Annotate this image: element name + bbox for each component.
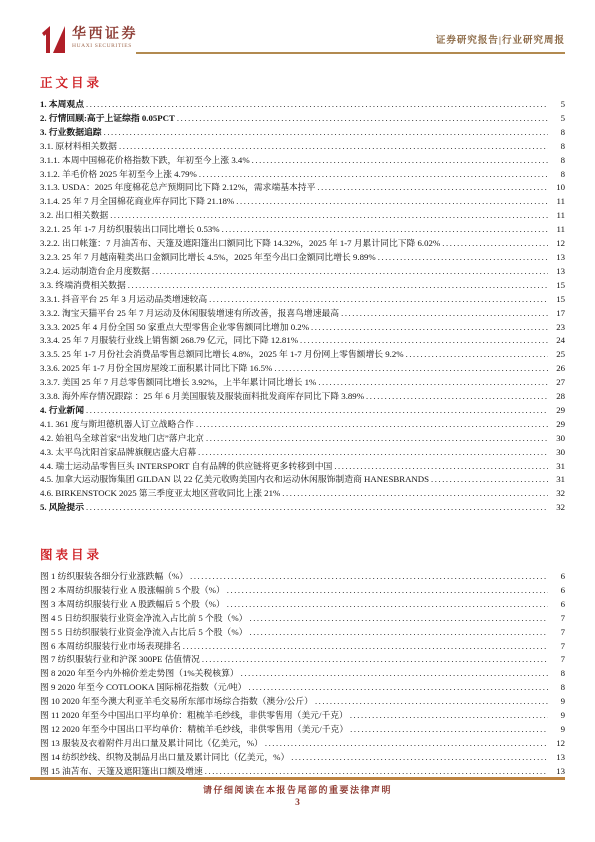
toc-entry-label: 3.1.3. USDA：2025 年度棉花总产预期同比下降 2.12%，需求端基…	[40, 181, 315, 195]
figure-entry-page: 7	[550, 626, 565, 640]
dotted-leader	[378, 251, 548, 265]
figure-entry[interactable]: 图 7 纺织服装行业和沪深 300PE 估值情况7	[40, 653, 565, 667]
dotted-leader	[300, 334, 548, 348]
report-page: 华西证券 HUAXI SECURITIES 证券研究报告|行业研究周报 正文目录…	[0, 0, 595, 842]
toc-entry-page: 32	[550, 487, 565, 501]
toc-entry[interactable]: 3.3.3. 2025 年 4 月份全国 50 家重点大型零售企业零售额同比增加…	[40, 321, 565, 335]
figure-entry-page: 6	[550, 584, 565, 598]
toc-entry[interactable]: 2. 行情回顾:高于上证综指 0.05PCT5	[40, 112, 565, 126]
toc-entry-page: 11	[550, 195, 565, 209]
toc-entry[interactable]: 3.3.4. 25 年 7 月服装行业线上销售额 268.79 亿元，同比下降 …	[40, 334, 565, 348]
toc-entry-page: 30	[550, 446, 565, 460]
dotted-leader	[442, 237, 548, 251]
figure-entry[interactable]: 图 5 5 日纺织服装行业资金净流入占比后 5 个股（%）7	[40, 626, 565, 640]
figure-entry-label: 图 6 本周纺织服装行业市场表现排名	[40, 640, 181, 654]
figure-entry-label: 图 4 5 日纺织服装行业资金净流入占比前 5 个股（%）	[40, 612, 247, 626]
toc-entry[interactable]: 4.1. 361 度与斯坦德机器人订立战略合作29	[40, 418, 565, 432]
figures-list: 图 1 纺织服装各细分行业涨跌幅（%）6图 2 本周纺织服装行业 A 股涨幅前 …	[40, 570, 565, 779]
figure-entry-label: 图 8 2020 年至今内外棉价差走势图（1%关税核算）	[40, 667, 239, 681]
toc-entry[interactable]: 4.2. 始祖鸟全球首家“出发地门店”落户北京30	[40, 432, 565, 446]
toc-entry-page: 5	[550, 98, 565, 112]
figure-entry[interactable]: 图 10 2020 年至今澳大利亚羊毛交易所东部市场综合指数（澳分/公斤）9	[40, 695, 565, 709]
dotted-leader	[128, 279, 548, 293]
figure-entry[interactable]: 图 9 2020 年至今 COTLOOKA 国际棉花指数（元/吨）8	[40, 681, 565, 695]
toc-entry-page: 5	[550, 112, 565, 126]
toc-entry[interactable]: 3.3.7. 美国 25 年 7 月总零售额同比增长 3.92%，上半年累计同比…	[40, 376, 565, 390]
dotted-leader	[86, 501, 548, 515]
toc-entry-page: 13	[550, 251, 565, 265]
figure-entry-page: 7	[550, 640, 565, 654]
figure-entry[interactable]: 图 4 5 日纺织服装行业资金净流入占比前 5 个股（%）7	[40, 612, 565, 626]
toc-entry[interactable]: 3.3.1. 抖音平台 25 年 3 月运动品类增速较高15	[40, 293, 565, 307]
dotted-leader	[227, 598, 548, 612]
figure-entry-page: 6	[550, 598, 565, 612]
figure-entry-page: 8	[550, 667, 565, 681]
figure-entry-page: 9	[550, 723, 565, 737]
report-type-label: 证券研究报告|行业研究周报	[136, 32, 565, 54]
dotted-leader	[110, 209, 548, 223]
figure-entry-label: 图 5 5 日纺织服装行业资金净流入占比后 5 个股（%）	[40, 626, 247, 640]
figure-entry-label: 图 13 服装及衣着附件月出口量及累计同比（亿美元，%）	[40, 737, 263, 751]
toc-entry[interactable]: 3.3. 终端消费相关数据15	[40, 279, 565, 293]
figure-entry-label: 图 1 纺织服装各细分行业涨跌幅（%）	[40, 570, 188, 584]
toc-entry-page: 31	[550, 473, 565, 487]
dotted-leader	[177, 112, 548, 126]
toc-entry-label: 3.2. 出口相关数据	[40, 209, 108, 223]
toc-entry-label: 3.2.1. 25 年 1-7 月纺织服装出口同比增长 0.53%	[40, 223, 220, 237]
dotted-leader	[202, 653, 548, 667]
toc-entry[interactable]: 3.2.2. 出口帐篷：7 月油苫布、天篷及遮阳篷出口额同比下降 14.32%，…	[40, 237, 565, 251]
figure-entry-label: 图 10 2020 年至今澳大利亚羊毛交易所东部市场综合指数（澳分/公斤）	[40, 695, 313, 709]
figure-entry-label: 图 14 纺织纱线、织物及制品月出口量及累计同比（亿美元，%）	[40, 751, 289, 765]
toc-entry-label: 3.3.4. 25 年 7 月服装行业线上销售额 268.79 亿元，同比下降 …	[40, 334, 298, 348]
toc-entry-label: 3.1.4. 25 年 7 月全国棉花商业库存同比下降 21.18%	[40, 195, 234, 209]
toc-entry-label: 1. 本周观点	[40, 98, 84, 112]
figure-entry[interactable]: 图 13 服装及衣着附件月出口量及累计同比（亿美元，%）12	[40, 737, 565, 751]
dotted-leader	[249, 626, 548, 640]
footer-disclaimer: 请仔细阅读在本报告尾部的重要法律声明	[0, 783, 595, 796]
figure-entry-page: 9	[550, 695, 565, 709]
figure-entry[interactable]: 图 14 纺织纱线、织物及制品月出口量及累计同比（亿美元，%）13	[40, 751, 565, 765]
dotted-leader	[248, 681, 548, 695]
toc-entry-page: 27	[550, 376, 565, 390]
dotted-leader	[86, 404, 548, 418]
dotted-leader	[198, 446, 548, 460]
dotted-leader	[104, 126, 548, 140]
dotted-leader	[236, 195, 548, 209]
figure-entry-page: 7	[550, 653, 565, 667]
toc-entry-label: 3.3. 终端消费相关数据	[40, 279, 126, 293]
toc-entry-label: 4. 行业新闻	[40, 404, 84, 418]
toc-entry-page: 25	[550, 348, 565, 362]
brand-name-en: HUAXI SECURITIES	[72, 43, 138, 50]
dotted-leader	[350, 723, 548, 737]
toc-entry-page: 28	[550, 390, 565, 404]
toc-entry-label: 4.3. 太平鸟沈阳首家品牌旗舰店盛大启幕	[40, 446, 196, 460]
toc-entry-label: 3.2.2. 出口帐篷：7 月油苫布、天篷及遮阳篷出口额同比下降 14.32%，…	[40, 237, 440, 251]
brand-text: 华西证券 HUAXI SECURITIES	[72, 24, 138, 50]
toc-entry-page: 12	[550, 237, 565, 251]
toc-entry-page: 30	[550, 432, 565, 446]
figure-entry[interactable]: 图 11 2020 年至今中国出口平均单价：粗梳羊毛纱线，非供零售用（美元/千克…	[40, 709, 565, 723]
toc-entry-label: 4.2. 始祖鸟全球首家“出发地门店”落户北京	[40, 432, 204, 446]
toc-entry[interactable]: 3.3.5. 25 年 1-7 月份社会消费品零售总额同比增长 4.8%，202…	[40, 348, 565, 362]
dotted-leader	[406, 348, 548, 362]
toc-entry[interactable]: 3.2.3. 25 年 7 月越南鞋类出口金额同比增长 4.5%，2025 年至…	[40, 251, 565, 265]
toc-entry[interactable]: 5. 风险提示32	[40, 501, 565, 515]
figure-entry-page: 7	[550, 612, 565, 626]
figure-entry-page: 9	[550, 709, 565, 723]
toc-entry-page: 8	[550, 140, 565, 154]
toc-entry-label: 3.2.3. 25 年 7 月越南鞋类出口金额同比增长 4.5%，2025 年至…	[40, 251, 376, 265]
dotted-leader	[222, 223, 548, 237]
toc-entry-label: 4.4. 瑞士运动品零售巨头 INTERSPORT 自有品牌的供应链将更多转移到…	[40, 460, 332, 474]
toc-entry-label: 2. 行情回顾:高于上证综指 0.05PCT	[40, 112, 175, 126]
toc-entry-label: 3.3.8. 海外库存情况跟踪 ：25 年 6 月美国服装及服装面料批发商库存同…	[40, 390, 364, 404]
dotted-leader	[119, 140, 548, 154]
dotted-leader	[249, 612, 548, 626]
dotted-leader	[206, 432, 548, 446]
toc-entry-page: 23	[550, 321, 565, 335]
toc-entry[interactable]: 4. 行业新闻29	[40, 404, 565, 418]
dotted-leader	[209, 293, 548, 307]
toc-entry[interactable]: 3.3.8. 海外库存情况跟踪 ：25 年 6 月美国服装及服装面料批发商库存同…	[40, 390, 565, 404]
toc-entry-page: 8	[550, 168, 565, 182]
toc-entry-label: 3.2.4. 运动制造台企月度数据	[40, 265, 150, 279]
toc-entry-page: 32	[550, 501, 565, 515]
toc-entry-page: 26	[550, 362, 565, 376]
toc-entry-label: 3.3.2. 淘宝天猫平台 25 年 7 月运动及休闲服装增速有所改善，报喜鸟增…	[40, 307, 339, 321]
brand-logo: 华西证券 HUAXI SECURITIES	[40, 24, 138, 55]
dotted-leader	[315, 695, 548, 709]
dotted-leader	[183, 640, 548, 654]
toc-entry[interactable]: 3.1.4. 25 年 7 月全国棉花商业库存同比下降 21.18%11	[40, 195, 565, 209]
footer-divider	[30, 777, 565, 780]
toc-list: 1. 本周观点52. 行情回顾:高于上证综指 0.05PCT53. 行业数据追踪…	[40, 98, 565, 515]
dotted-leader	[252, 154, 548, 168]
toc-entry[interactable]: 3.1.1. 本周中国棉花价格指数下跌，年初至今上涨 3.4%8	[40, 154, 565, 168]
dotted-leader	[86, 98, 548, 112]
toc-entry-label: 3.1.2. 羊毛价格 2025 年初至今上涨 4.79%	[40, 168, 197, 182]
page-number: 3	[0, 798, 595, 808]
dotted-leader	[350, 709, 548, 723]
dotted-leader	[341, 307, 548, 321]
toc-entry[interactable]: 3.2.1. 25 年 1-7 月纺织服装出口同比增长 0.53%11	[40, 223, 565, 237]
figure-entry-label: 图 9 2020 年至今 COTLOOKA 国际棉花指数（元/吨）	[40, 681, 246, 695]
toc-entry-label: 3.3.5. 25 年 1-7 月份社会消费品零售总额同比增长 4.8%，202…	[40, 348, 404, 362]
dotted-leader	[199, 168, 548, 182]
brand-name-cn: 华西证券	[72, 27, 138, 43]
toc-entry[interactable]: 4.5. 加拿大运动服饰集团 GILDAN 以 22 亿美元收购美国内衣和运动休…	[40, 473, 565, 487]
toc-entry-page: 8	[550, 154, 565, 168]
toc-entry[interactable]: 4.4. 瑞士运动品零售巨头 INTERSPORT 自有品牌的供应链将更多转移到…	[40, 460, 565, 474]
toc-entry[interactable]: 3.3.6. 2025 年 1-7 月份全国房屋竣工面积累计同比下降 16.5%…	[40, 362, 565, 376]
toc-entry[interactable]: 4.6. BIRKENSTOCK 2025 第三季度亚太地区营收同比上涨 21%…	[40, 487, 565, 501]
toc-entry-page: 29	[550, 418, 565, 432]
figure-entry[interactable]: 图 3 本周纺织服装行业 A 股跌幅后 5 个股（%）6	[40, 598, 565, 612]
figure-entry-label: 图 3 本周纺织服装行业 A 股跌幅后 5 个股（%）	[40, 598, 225, 612]
toc-entry-page: 15	[550, 279, 565, 293]
toc-entry-page: 11	[550, 209, 565, 223]
toc-entry[interactable]: 3.1.2. 羊毛价格 2025 年初至今上涨 4.79%8	[40, 168, 565, 182]
figure-entry-page: 13	[550, 751, 565, 765]
toc-entry-page: 24	[550, 334, 565, 348]
dotted-leader	[274, 362, 548, 376]
dotted-leader	[431, 473, 548, 487]
figures-section: 图表目录 图 1 纺织服装各细分行业涨跌幅（%）6图 2 本周纺织服装行业 A …	[40, 548, 565, 779]
toc-title: 正文目录	[40, 76, 565, 91]
toc-entry[interactable]: 3.2.4. 运动制造台企月度数据13	[40, 265, 565, 279]
toc-entry[interactable]: 3.2. 出口相关数据11	[40, 209, 565, 223]
dotted-leader	[334, 460, 548, 474]
figure-entry-label: 图 11 2020 年至今中国出口平均单价：粗梳羊毛纱线，非供零售用（美元/千克…	[40, 709, 348, 723]
page-header: 华西证券 HUAXI SECURITIES 证券研究报告|行业研究周报	[40, 24, 565, 60]
dotted-leader	[152, 265, 548, 279]
toc-entry[interactable]: 3. 行业数据追踪8	[40, 126, 565, 140]
dotted-leader	[291, 751, 548, 765]
dotted-leader	[311, 321, 548, 335]
toc-entry-label: 4.6. BIRKENSTOCK 2025 第三季度亚太地区营收同比上涨 21%	[40, 487, 280, 501]
dotted-leader	[196, 418, 548, 432]
toc-entry-label: 4.5. 加拿大运动服饰集团 GILDAN 以 22 亿美元收购美国内衣和运动休…	[40, 473, 429, 487]
figure-entry[interactable]: 图 2 本周纺织服装行业 A 股涨幅前 5 个股（%）6	[40, 584, 565, 598]
huaxi-logo-icon	[40, 24, 67, 55]
toc-entry[interactable]: 3.1.3. USDA：2025 年度棉花总产预期同比下降 2.12%，需求端基…	[40, 181, 565, 195]
figure-entry-label: 图 2 本周纺织服装行业 A 股涨幅前 5 个股（%）	[40, 584, 225, 598]
toc-entry[interactable]: 3.1. 原材料相关数据8	[40, 140, 565, 154]
dotted-leader	[241, 667, 548, 681]
figure-entry-label: 图 12 2020 年至今中国出口平均单价：精梳羊毛纱线，非供零售用（美元/千克…	[40, 723, 348, 737]
toc-entry-label: 3.3.6. 2025 年 1-7 月份全国房屋竣工面积累计同比下降 16.5%	[40, 362, 272, 376]
figure-entry-page: 6	[550, 570, 565, 584]
figure-entry[interactable]: 图 12 2020 年至今中国出口平均单价：精梳羊毛纱线，非供零售用（美元/千克…	[40, 723, 565, 737]
figure-entry[interactable]: 图 1 纺织服装各细分行业涨跌幅（%）6	[40, 570, 565, 584]
toc-entry-label: 3.3.7. 美国 25 年 7 月总零售额同比增长 3.92%，上半年累计同比…	[40, 376, 316, 390]
toc-entry-label: 3.3.3. 2025 年 4 月份全国 50 家重点大型零售企业零售额同比增加…	[40, 321, 309, 335]
toc-entry[interactable]: 1. 本周观点5	[40, 98, 565, 112]
toc-entry-label: 3.1.1. 本周中国棉花价格指数下跌，年初至今上涨 3.4%	[40, 154, 250, 168]
figures-title: 图表目录	[40, 548, 565, 563]
dotted-leader	[265, 737, 548, 751]
figure-entry[interactable]: 图 8 2020 年至今内外棉价差走势图（1%关税核算）8	[40, 667, 565, 681]
toc-entry-page: 8	[550, 126, 565, 140]
toc-entry[interactable]: 3.3.2. 淘宝天猫平台 25 年 7 月运动及休闲服装增速有所改善，报喜鸟增…	[40, 307, 565, 321]
toc-entry-page: 29	[550, 404, 565, 418]
dotted-leader	[190, 570, 548, 584]
toc-entry-label: 5. 风险提示	[40, 501, 84, 515]
figure-entry-label: 图 7 纺织服装行业和沪深 300PE 估值情况	[40, 653, 200, 667]
toc-entry-page: 10	[550, 181, 565, 195]
figure-entry[interactable]: 图 6 本周纺织服装行业市场表现排名7	[40, 640, 565, 654]
figure-entry-page: 12	[550, 737, 565, 751]
toc-entry-page: 11	[550, 223, 565, 237]
toc-entry-page: 31	[550, 460, 565, 474]
toc-entry[interactable]: 4.3. 太平鸟沈阳首家品牌旗舰店盛大启幕30	[40, 446, 565, 460]
dotted-leader	[318, 376, 548, 390]
dotted-leader	[366, 390, 548, 404]
dotted-leader	[227, 584, 548, 598]
toc-entry-page: 17	[550, 307, 565, 321]
toc-entry-label: 3.1. 原材料相关数据	[40, 140, 117, 154]
toc-entry-page: 15	[550, 293, 565, 307]
toc-entry-label: 3.3.1. 抖音平台 25 年 3 月运动品类增速较高	[40, 293, 207, 307]
dotted-leader	[317, 181, 548, 195]
toc-entry-label: 3. 行业数据追踪	[40, 126, 102, 140]
figure-entry-page: 8	[550, 681, 565, 695]
toc-section: 正文目录 1. 本周观点52. 行情回顾:高于上证综指 0.05PCT53. 行…	[40, 76, 565, 515]
toc-entry-label: 4.1. 361 度与斯坦德机器人订立战略合作	[40, 418, 194, 432]
dotted-leader	[282, 487, 548, 501]
toc-entry-page: 13	[550, 265, 565, 279]
